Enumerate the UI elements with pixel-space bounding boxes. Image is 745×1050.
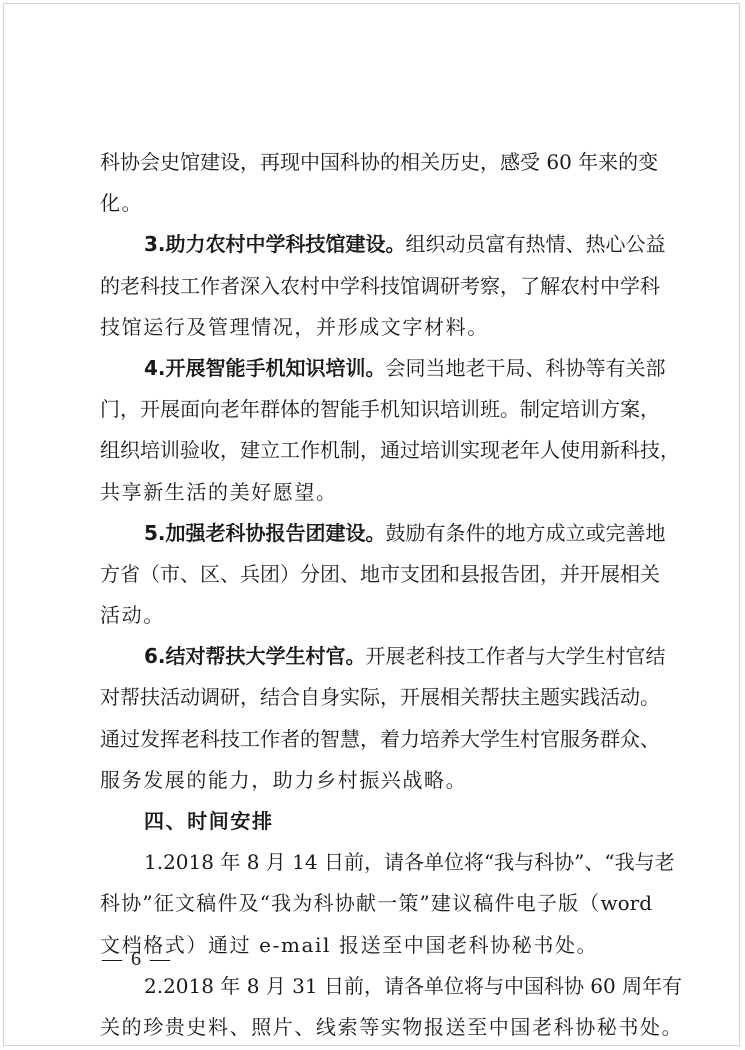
item-5-line: 5.加强老科协报告团建设。鼓励有条件的地方成立或完善地 bbox=[100, 518, 652, 559]
section-heading: 四、时间安排 bbox=[100, 806, 652, 847]
item-4-line: 4.开展智能手机知识培训。会同当地老干局、科协等有关部 bbox=[100, 353, 652, 394]
paragraph-line: 化。 bbox=[100, 188, 652, 229]
paragraph-line: 方省（市、区、兵团）分团、地市支团和县报告团，并开展相关 bbox=[100, 559, 652, 600]
paragraph-line: 科协会史馆建设，再现中国科协的相关历史，感受 60 年来的变 bbox=[100, 147, 652, 188]
paragraph-line: 技馆运行及管理情况，并形成文字材料。 bbox=[100, 312, 652, 353]
paragraph-line: 组织培训验收，建立工作机制，通过培训实现老年人使用新科技， bbox=[100, 435, 652, 476]
paragraph-line: 的老科技工作者深入农村中学科技馆调研考察，了解农村中学科 bbox=[100, 271, 652, 312]
item-3-text: 组织动员富有热情、热心公益 bbox=[406, 232, 666, 256]
paragraph-line: 通过发挥老科技工作者的智慧，着力培养大学生村官服务群众、 bbox=[100, 724, 652, 765]
paragraph-line: 对帮扶活动调研，结合自身实际，开展相关帮扶主题实践活动。 bbox=[100, 682, 652, 723]
paragraph-line: 关的珍贵史料、照片、线索等实物报送至中国老科协秘书处。 bbox=[100, 1012, 652, 1050]
paragraph-line: 共享新生活的美好愿望。 bbox=[100, 477, 652, 518]
schedule-item-1: 1.2018 年 8 月 14 日前，请各单位将“我与科协”、“我与老 bbox=[100, 847, 652, 888]
item-6-title: 6.结对帮扶大学生村官。 bbox=[144, 644, 366, 668]
paragraph-line: 科协”征文稿件及“我为科协献一策”建议稿件电子版（word bbox=[100, 888, 652, 929]
item-5-text: 鼓励有条件的地方成立或完善地 bbox=[386, 521, 666, 545]
paragraph-line: 活动。 bbox=[100, 600, 652, 641]
item-6-line: 6.结对帮扶大学生村官。开展老科技工作者与大学生村官结 bbox=[100, 641, 652, 682]
item-4-title: 4.开展智能手机知识培训。 bbox=[144, 356, 386, 380]
item-6-text: 开展老科技工作者与大学生村官结 bbox=[366, 644, 666, 668]
item-3-title: 3.助力农村中学科技馆建设。 bbox=[144, 232, 406, 256]
page-number: — 6 — bbox=[102, 948, 172, 971]
schedule-item-2: 2.2018 年 8 月 31 日前，请各单位将与中国科协 60 周年有 bbox=[100, 971, 652, 1012]
item-4-text: 会同当地老干局、科协等有关部 bbox=[386, 356, 666, 380]
paragraph-line: 服务发展的能力，助力乡村振兴战略。 bbox=[100, 765, 652, 806]
item-3-line: 3.助力农村中学科技馆建设。组织动员富有热情、热心公益 bbox=[100, 229, 652, 270]
paragraph-line: 文档格式）通过 e-mail 报送至中国老科协秘书处。 bbox=[100, 930, 652, 971]
item-5-title: 5.加强老科协报告团建设。 bbox=[144, 521, 386, 545]
document-body: 科协会史馆建设，再现中国科协的相关历史，感受 60 年来的变 化。 3.助力农村… bbox=[100, 147, 652, 1050]
paragraph-line: 门，开展面向老年群体的智能手机知识培训班。制定培训方案， bbox=[100, 394, 652, 435]
document-page: 科协会史馆建设，再现中国科协的相关历史，感受 60 年来的变 化。 3.助力农村… bbox=[3, 3, 740, 1046]
